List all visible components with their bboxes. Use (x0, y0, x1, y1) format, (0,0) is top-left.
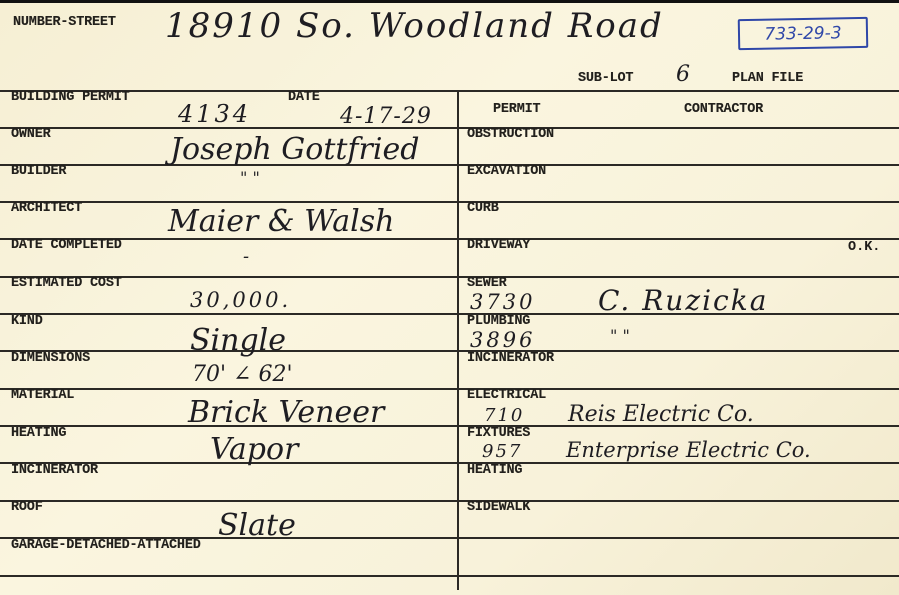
rule (0, 238, 899, 240)
rule (0, 127, 899, 129)
heating-label: HEATING (11, 426, 66, 441)
sub-lot-value: 6 (676, 62, 690, 87)
architect-value: Maier & Walsh (168, 204, 395, 239)
material-label: MATERIAL (11, 388, 74, 403)
roof-value: Slate (218, 508, 296, 543)
plan-file-label: PLAN FILE (732, 71, 803, 86)
rule (0, 462, 899, 464)
building-permit-card: NUMBER-STREET 18910 So. Woodland Road 73… (0, 0, 899, 595)
dimensions-value: 70' ∠ 62' (192, 362, 293, 387)
incinerator-permit-label: INCINERATOR (467, 351, 554, 366)
dimensions-label: DIMENSIONS (11, 351, 90, 366)
sewer-label: SEWER (467, 276, 507, 291)
excavation-label: EXCAVATION (467, 164, 546, 179)
owner-value: Joseph Gottfried (170, 132, 419, 167)
incinerator-label: INCINERATOR (11, 463, 98, 478)
electrical-permit-value: 710 (484, 405, 524, 426)
contractor-column-header: CONTRACTOR (684, 102, 763, 117)
sub-lot-label: SUB-LOT (578, 71, 633, 86)
builder-value: " " (240, 168, 260, 187)
rule (0, 388, 899, 390)
building-permit-label: BUILDING PERMIT (11, 90, 130, 105)
rule (0, 201, 899, 203)
date-value: 4-17-29 (340, 104, 432, 129)
date-completed-label: DATE COMPLETED (11, 238, 122, 253)
curb-label: CURB (467, 201, 499, 216)
date-completed-value: - (243, 246, 249, 267)
driveway-status: O.K. (848, 240, 880, 255)
fixtures-contractor-value: Enterprise Electric Co. (566, 438, 811, 462)
rule (0, 276, 899, 278)
date-label: DATE (288, 90, 320, 105)
heating-value: Vapor (210, 432, 298, 467)
material-value: Brick Veneer (188, 395, 384, 430)
rule (0, 164, 899, 166)
column-divider (457, 90, 459, 590)
estimated-cost-value: 30,000. (190, 288, 291, 312)
sidewalk-label: SIDEWALK (467, 500, 530, 515)
rule (0, 425, 899, 427)
driveway-label: DRIVEWAY (467, 238, 530, 253)
sewer-permit-value: 3730 (470, 290, 535, 314)
roof-label: ROOF (11, 500, 43, 515)
plumbing-contractor-value: " " (610, 326, 630, 345)
estimated-cost-label: ESTIMATED COST (11, 276, 122, 291)
rule (0, 575, 899, 577)
owner-label: OWNER (11, 127, 51, 142)
electrical-label: ELECTRICAL (467, 388, 546, 403)
sewer-contractor-value: C. Ruzicka (598, 284, 768, 317)
rule (0, 90, 899, 92)
architect-label: ARCHITECT (11, 201, 82, 216)
plumbing-label: PLUMBING (467, 314, 530, 329)
permit-column-header: PERMIT (493, 102, 540, 117)
kind-value: Single (190, 323, 286, 358)
fixtures-permit-value: 957 (482, 441, 522, 462)
obstruction-label: OBSTRUCTION (467, 127, 554, 142)
electrical-contractor-value: Reis Electric Co. (568, 402, 754, 427)
plumbing-permit-value: 3896 (470, 328, 535, 352)
rule (0, 350, 899, 352)
kind-label: KIND (11, 314, 43, 329)
stamp-number: 733-29-3 (738, 17, 869, 50)
building-permit-value: 4134 (178, 100, 251, 128)
garage-label: GARAGE-DETACHED-ATTACHED (11, 538, 201, 553)
number-street-label: NUMBER-STREET (13, 15, 116, 30)
fixtures-label: FIXTURES (467, 426, 530, 441)
builder-label: BUILDER (11, 164, 66, 179)
rule (0, 500, 899, 502)
heating-permit-label: HEATING (467, 463, 522, 478)
address-handwritten: 18910 So. Woodland Road (165, 6, 664, 46)
